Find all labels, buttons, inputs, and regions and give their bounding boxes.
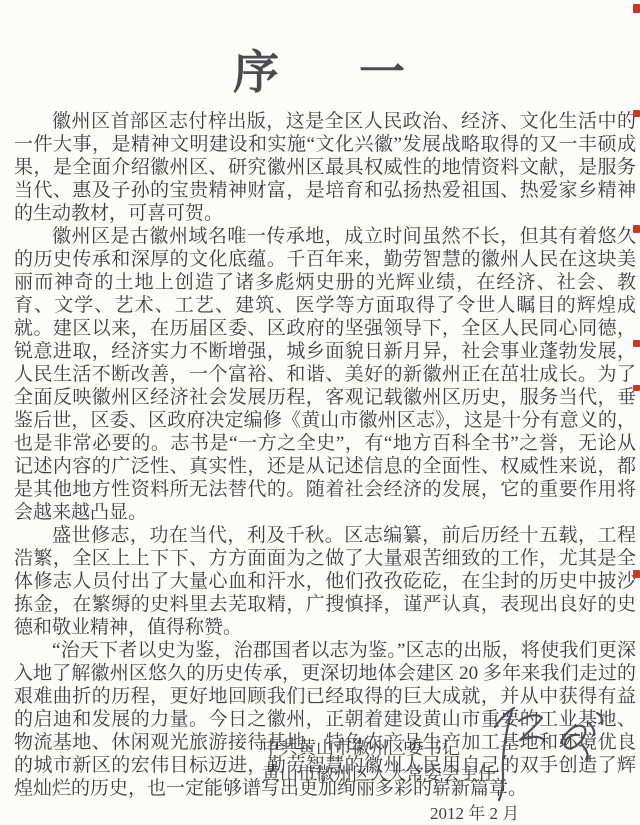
- signatory-titles: 中共黄山市徽州区委书记 黄山市徽州区人大常委会主任: [262, 735, 496, 787]
- page-edge-artifact: [633, 4, 640, 13]
- handwritten-signature-icon: [483, 703, 615, 805]
- paragraph-2: 徽州区是古徽州域名唯一传承地，成立时间虽然不长，但其有着悠久的历史传承和深厚的文…: [14, 225, 636, 524]
- book-page: 序 一 徽州区首部区志付梓出版，这是全区人民政治、经济、文化生活中的一件大事，是…: [0, 0, 640, 825]
- page-edge-artifact: [633, 340, 640, 347]
- page-edge-artifact: [633, 570, 640, 578]
- title-char-number: 一: [359, 36, 407, 102]
- paragraph-1: 徽州区首部区志付梓出版，这是全区人民政治、经济、文化生活中的一件大事，是精神文明…: [14, 110, 636, 225]
- title-char-main: 序: [233, 36, 281, 102]
- page-title: 序 一: [0, 36, 640, 102]
- publication-date: 2012 年 2 月: [430, 799, 519, 824]
- preface-body: 徽州区首部区志付梓出版，这是全区人民政治、经济、文化生活中的一件大事，是精神文明…: [14, 110, 636, 800]
- page-edge-artifact: [633, 385, 640, 391]
- page-edge-artifact: [633, 110, 640, 117]
- paragraph-3: 盛世修志，功在当代，利及千秋。区志编纂，前后历经十五载，工程浩繁，全区上上下下、…: [14, 524, 636, 639]
- signatory-title-line-1: 中共黄山市徽州区委书记: [262, 735, 496, 761]
- signatory-title-line-2: 黄山市徽州区人大常委会主任: [262, 761, 496, 787]
- page-edge-artifact: [633, 225, 640, 233]
